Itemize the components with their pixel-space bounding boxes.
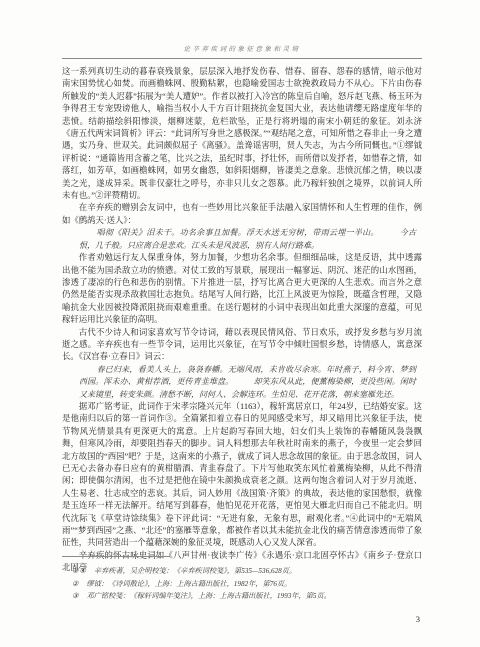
paragraph: 据邓广铭考证，此词作于宋孝宗隆兴元年（1163），稼轩寓居京口，年24岁，已结婚… <box>62 401 422 550</box>
paragraph: 作者劝勉远行友人保重身体，努力加餐，少想功名余事。但细细品味，这是反语，其中透露… <box>62 252 422 326</box>
footnote-item: ②缪钺：《诗词散论》，上海：上海古籍出版社，1982年，第76页。 <box>62 578 422 591</box>
poem-quote: 春已归来，看美人头上，袅袅春幡。无端风雨，未肯收尽余寒。年时燕子，料今宵、梦到西… <box>79 364 416 401</box>
document-page: 论辛弃疾词的象征意象和灵境 这一系列真切生动的暮春衰残景象，层层深入地抒发伤春、… <box>0 0 480 647</box>
footnote-text: 邓广铭校笺：《稼轩词编年笺注》，上海：上海古籍出版社，1993年，第5页。 <box>86 592 330 600</box>
page-number: 3 <box>416 614 420 624</box>
footnote-item: ③邓广铭校笺：《稼轩词编年笺注》，上海：上海古籍出版社，1993年，第5页。 <box>62 590 422 603</box>
paragraph: 古代不少诗人和词家喜欢写节令诗词，藉以表现民情风俗、节日欢乐，或抒发乡愁与岁月流… <box>62 327 422 364</box>
paragraph: 这一系列真切生动的暮春衰残景象，层层深入地抒发伤春、惜春、留春、怨春的感情，暗示… <box>62 66 422 202</box>
footnote-text: 辛弃疾著，吴企明校笺：《辛弃疾词校笺》，第535—536,628页。 <box>94 567 296 575</box>
footnote-separator <box>62 556 170 557</box>
footnote-marker: ①④ <box>72 567 87 575</box>
footnote-block: ①④辛弃疾著，吴企明校笺：《辛弃疾词校笺》，第535—536,628页。 ②缪钺… <box>62 556 422 603</box>
footnote-item: ①④辛弃疾著，吴企明校笺：《辛弃疾词校笺》，第535—536,628页。 <box>62 565 422 578</box>
paragraph: 在辛弃疾的赠别会友词中，也有一些妙用比兴象征手法融入家国情怀和人生哲理的佳作，例… <box>62 202 422 227</box>
running-header-title: 论辛弃疾词的象征意象和灵境 <box>62 46 422 54</box>
page-body: 这一系列真切生动的暮春衰残景象，层层深入地抒发伤春、惜春、留春、怨春的感情，暗示… <box>62 66 422 575</box>
footnote-text: 缪钺：《诗词散论》，上海：上海古籍出版社，1982年，第76页。 <box>86 580 291 588</box>
header-rule <box>62 58 422 59</box>
footnote-marker: ③ <box>72 592 79 600</box>
poem-quote: 唱彻《阳关》泪未干。功名余事且加餐。浮天水送无穷树，带雨云埋一半山。 今古恨，几… <box>79 227 416 252</box>
footnote-marker: ② <box>72 580 79 588</box>
